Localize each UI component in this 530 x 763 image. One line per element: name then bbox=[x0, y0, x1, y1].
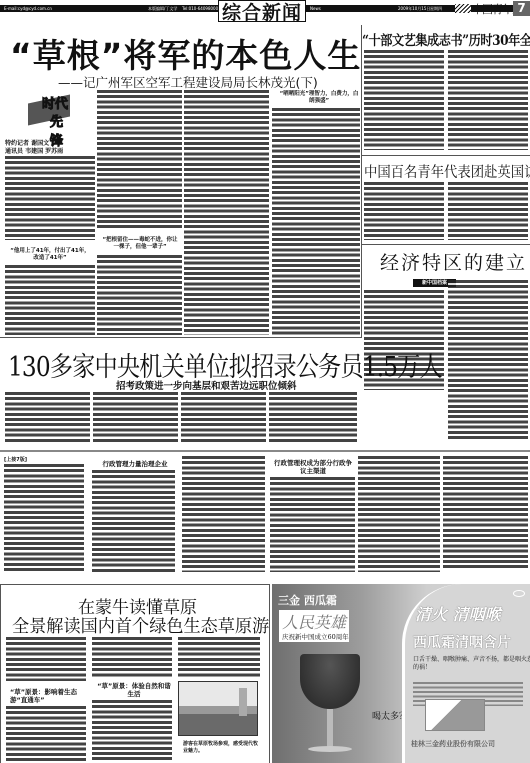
divider bbox=[0, 337, 362, 338]
masthead-weekday: 星期四 bbox=[430, 5, 442, 12]
lead-subhead-1: “他用上了41年，付出了41年，改造了41年” bbox=[10, 248, 90, 262]
glass-base bbox=[308, 746, 352, 752]
civil-text-col4 bbox=[269, 392, 357, 442]
ad-claim: 口舌干燥、咽喉肿痛、声音不扬，都是咽火惹的祸！ bbox=[413, 656, 530, 672]
commentary-subhead-2: 行政管理权成为部分行政争议主渠道 bbox=[272, 459, 354, 475]
ad-product-line: 清火 清咽喉 bbox=[415, 602, 501, 625]
lead-text-col1b bbox=[5, 265, 95, 335]
glass-stem bbox=[327, 709, 333, 747]
column-logo: 时代 先锋 bbox=[28, 93, 73, 129]
continued-tag: [上接7版] bbox=[4, 456, 27, 463]
right-bottom-headline: 经济特区的建立 bbox=[380, 248, 527, 275]
divider bbox=[362, 155, 530, 156]
right-top-text-col2 bbox=[448, 50, 528, 150]
grassland-subhead-2: “草”原景：体验自然和谐生活 bbox=[96, 682, 172, 698]
grassland-photo bbox=[178, 681, 258, 736]
commentary-text-col6 bbox=[443, 456, 528, 568]
lead-text-col2a bbox=[97, 90, 182, 230]
ad-calligraphy: 人民英雄 bbox=[282, 610, 346, 633]
civil-text-col2 bbox=[93, 392, 178, 442]
ad-product-name: 西瓜霜清咽含片 bbox=[413, 632, 511, 652]
advertisement[interactable]: 三金 西瓜霜 人民英雄 庆祝新中国成立60周年 喝太多？怕上火 清火 清咽喉 西… bbox=[272, 584, 530, 763]
lead-text-col2b bbox=[97, 255, 182, 335]
masthead-phone: Tel:010-64098000 bbox=[182, 5, 218, 12]
grassland-subhead-1: “草”原景：影响着生态游“直通车” bbox=[10, 688, 86, 704]
byline-correspondent: 通讯员 韦建国 罗苏雨 bbox=[5, 146, 63, 155]
lead-subhead-2: “把根留住——毒蛇不进，你让一棵子，但他一辈子” bbox=[100, 237, 180, 251]
ad-brand: 三金 西瓜霜 bbox=[278, 592, 337, 608]
commentary-text-col1 bbox=[4, 464, 84, 572]
right-mid-text-col1 bbox=[364, 182, 444, 240]
masthead-email: E-mail:cyd@cyd.com.cn bbox=[4, 5, 52, 12]
glass-bowl bbox=[300, 654, 360, 709]
photo-silo bbox=[239, 688, 247, 716]
grassland-text-col1a bbox=[6, 637, 86, 681]
ad-calligraphy-box: 人民英雄 庆祝新中国成立60周年 bbox=[279, 610, 349, 642]
civil-text-col1 bbox=[5, 392, 90, 442]
lead-subhead-3: “晒晒阳光”理智力，白费力，白朗强盛” bbox=[278, 91, 360, 105]
civil-service-subheadline: 招考政策进一步向基层和艰苦边远职位倾斜 bbox=[116, 378, 297, 392]
grassland-text-col2b bbox=[92, 700, 172, 761]
grassland-text-col3 bbox=[178, 637, 260, 677]
right-top-text-col1 bbox=[364, 50, 444, 150]
column-divider bbox=[361, 25, 362, 337]
commentary-text-col5 bbox=[358, 456, 440, 572]
masthead-editors: 本版编辑/丁文学 bbox=[148, 5, 177, 12]
lead-text-col4 bbox=[272, 108, 360, 335]
right-bottom-text-col2 bbox=[448, 280, 528, 440]
lead-subheadline: ——记广州军区空军工程建设局局长林茂光(下) bbox=[58, 73, 318, 91]
right-top-headline: “十部文艺集成志书”历时30年全部出版 bbox=[362, 29, 530, 49]
right-mid-headline: 中国百名青年代表团赴英国访问 bbox=[364, 161, 530, 182]
commentary-text-col3 bbox=[182, 456, 265, 572]
logo-text-1: 时代 bbox=[42, 93, 68, 112]
logo-text-2: 先锋 bbox=[50, 111, 73, 149]
ad-anniversary: 庆祝新中国成立60周年 bbox=[282, 632, 349, 641]
grassland-text-col1b bbox=[6, 706, 86, 761]
divider bbox=[362, 244, 530, 245]
grassland-text-col2a bbox=[92, 637, 172, 677]
ad-product-panel: 清火 清咽喉 西瓜霜清咽含片 口舌干燥、咽喉肿痛、声音不扬，都是咽火惹的祸！ 桂… bbox=[402, 584, 530, 763]
civil-text-col3 bbox=[181, 392, 266, 442]
masthead-section-en: News bbox=[310, 5, 321, 12]
page-number: 7 bbox=[513, 1, 530, 16]
product-box-image bbox=[425, 699, 485, 731]
lead-text-col3 bbox=[184, 90, 269, 335]
lead-headline: “草根”将军的本色人生 bbox=[10, 30, 361, 77]
commentary-text-col4 bbox=[270, 477, 355, 572]
decorative-stripes bbox=[455, 4, 471, 13]
divider bbox=[0, 450, 530, 452]
section-title: 综合新闻 bbox=[218, 0, 306, 22]
commentary-subhead-1: 行政管理力量治理企业 bbox=[95, 459, 175, 468]
photo-caption: 游客在草原牧场参观，感受现代牧业魅力。 bbox=[183, 741, 258, 755]
lead-text-col1a bbox=[5, 156, 95, 240]
commentary-text-col2 bbox=[92, 470, 175, 572]
right-mid-text-col2 bbox=[448, 182, 528, 240]
ad-company: 桂林三金药业股份有限公司 bbox=[411, 739, 495, 749]
wine-glass-image bbox=[300, 654, 360, 763]
grassland-headline-2: 全景解读国内首个绿色生态草原游 bbox=[12, 613, 269, 638]
ad-logo-icon bbox=[513, 590, 525, 597]
masthead-date: 2009年10月15日 bbox=[398, 5, 430, 12]
